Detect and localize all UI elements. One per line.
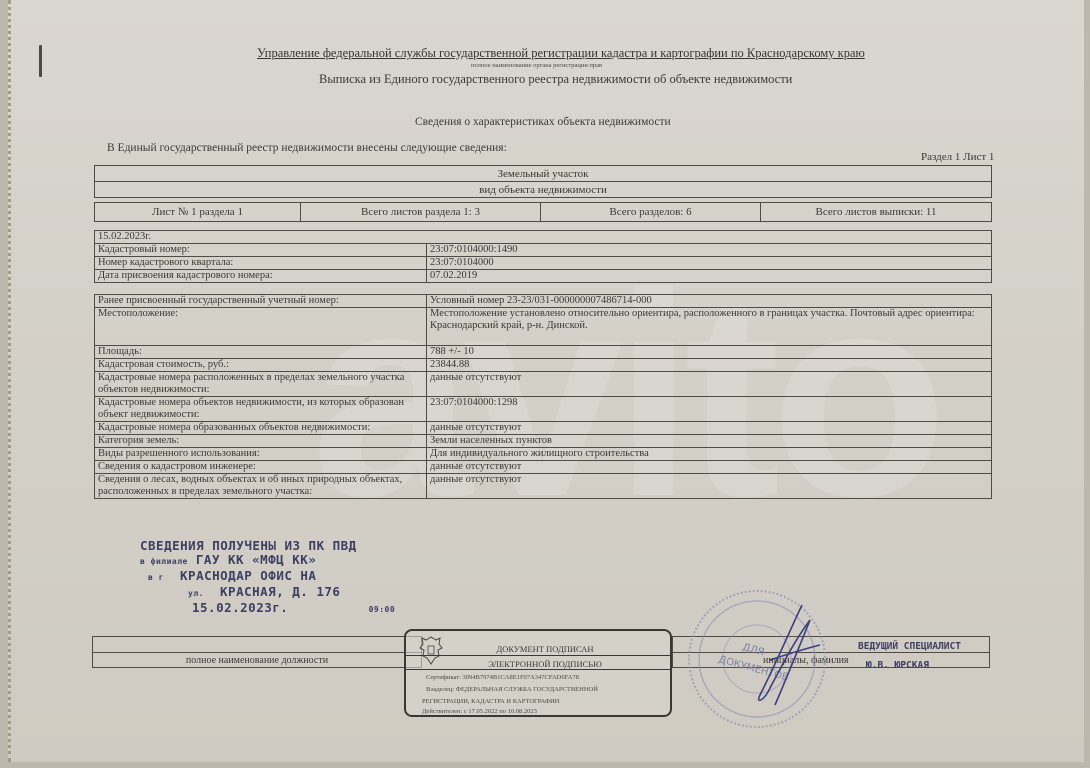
esig-owner-1: Владелец: ФЕДЕРАЛЬНАЯ СЛУЖБА ГОСУДАРСТВЕ…: [426, 686, 598, 693]
row-key: Местоположение:: [95, 308, 427, 346]
table-row: Дата присвоения кадастрового номера:07.0…: [95, 270, 992, 283]
binder-mark: [39, 45, 42, 77]
document-title: Выписка из Единого государственного реес…: [319, 72, 792, 87]
row-key: Дата присвоения кадастрового номера:: [95, 270, 427, 283]
table-row: Сведения о кадастровом инженере:данные о…: [95, 461, 992, 474]
object-type: Земельный участок: [95, 168, 991, 180]
row-value: 23:07:0104000:1298: [427, 397, 992, 422]
row-key: Кадастровые номера объектов недвижимости…: [95, 397, 427, 422]
row-key: Площадь:: [95, 346, 427, 359]
handwritten-signature-icon: [740, 600, 840, 710]
row-key: Ранее присвоенный государственный учетны…: [95, 295, 427, 308]
sheet-info-row: Лист № 1 раздела 1 Всего листов раздела …: [94, 202, 992, 222]
table-row: Площадь:788 +/- 10: [95, 346, 992, 359]
row-key: Кадастровые номера расположенных в преде…: [95, 372, 427, 397]
table-row: Кадастровый номер:23:07:0104000:1490: [95, 244, 992, 257]
signer-position: ВЕДУЩИЙ СПЕЦИАЛИСТ: [858, 641, 961, 652]
row-key: Сведения о лесах, водных объектах и об и…: [95, 474, 427, 499]
table-row: Кадастровые номера объектов недвижимости…: [95, 397, 992, 422]
row-value: 23:07:0104000: [427, 257, 992, 270]
table-row: Виды разрешенного использования:Для инди…: [95, 448, 992, 461]
row-value: данные отсутствуют: [427, 372, 992, 397]
table-row: Номер кадастрового квартала:23:07:010400…: [95, 257, 992, 270]
row-value: Условный номер 23-23/031-000000007486714…: [427, 295, 992, 308]
row-value: 23844.88: [427, 359, 992, 372]
sheets-total: Всего листов выписки: 11: [761, 203, 991, 221]
esig-owner-2: РЕГИСТРАЦИИ, КАДАСТРА И КАРТОГРАФИИ: [422, 698, 559, 705]
table-row: Сведения о лесах, водных объектах и об и…: [95, 474, 992, 499]
stamp-prefix: ул.: [188, 589, 204, 598]
row-key: Категория земель:: [95, 435, 427, 448]
row-value: данные отсутствуют: [427, 474, 992, 499]
table-row: Местоположение:Местоположение установлен…: [95, 308, 992, 346]
extract-date: 15.02.2023г.: [95, 231, 992, 244]
stamp-line-2: ГАУ КК «МФЦ КК»: [196, 552, 316, 567]
row-value: 07.02.2019: [427, 270, 992, 283]
organization-name: Управление федеральной службы государств…: [257, 46, 865, 61]
table-row: Кадастровые номера расположенных в преде…: [95, 372, 992, 397]
table-row: Категория земель:Земли населенных пункто…: [95, 435, 992, 448]
esig-title-2: ЭЛЕКТРОННОЙ ПОДПИСЬЮ: [406, 659, 670, 669]
position-caption: полное наименование должности: [93, 655, 421, 666]
row-value: Для индивидуального жилищного строительс…: [427, 448, 992, 461]
row-key: Номер кадастрового квартала:: [95, 257, 427, 270]
sheet-total-section: Всего листов раздела 1: 3: [301, 203, 541, 221]
electronic-signature-box: ДОКУМЕНТ ПОДПИСАН ЭЛЕКТРОННОЙ ПОДПИСЬЮ С…: [404, 629, 672, 717]
table-row: Кадастровая стоимость, руб.:23844.88: [95, 359, 992, 372]
stamp-prefix: в филиале: [140, 557, 188, 566]
row-value: данные отсутствуют: [427, 422, 992, 435]
intro-text: В Единый государственный реестр недвижим…: [107, 142, 507, 154]
object-type-box: Земельный участок вид объекта недвижимос…: [94, 165, 992, 198]
signer-name: Ю.В. ЮРСКАЯ: [866, 660, 929, 671]
stamp-time: 09:00: [369, 605, 396, 614]
stamp-line-4: КРАСНАЯ, Д. 176: [220, 584, 340, 599]
row-key: Сведения о кадастровом инженере:: [95, 461, 427, 474]
stamp-line-3: КРАСНОДАР ОФИС НА: [180, 568, 316, 583]
section-title: Сведения о характеристиках объекта недви…: [415, 116, 671, 128]
row-key: Кадастровый номер:: [95, 244, 427, 257]
stamp-line-1: СВЕДЕНИЯ ПОЛУЧЕНЫ ИЗ ПК ПВД: [140, 539, 395, 553]
details-table: Ранее присвоенный государственный учетны…: [94, 294, 992, 499]
row-value: Местоположение установлено относительно …: [427, 308, 992, 346]
row-value: Земли населенных пунктов: [427, 435, 992, 448]
section-sheet-label: Раздел 1 Лист 1: [921, 151, 994, 163]
row-value: данные отсутствуют: [427, 461, 992, 474]
organization-caption: полное наименование органа регистрации п…: [471, 62, 602, 69]
primary-info-table: 15.02.2023г. Кадастровый номер:23:07:010…: [94, 230, 992, 283]
row-value: 23:07:0104000:1490: [427, 244, 992, 257]
sections-total: Всего разделов: 6: [541, 203, 761, 221]
esig-title-1: ДОКУМЕНТ ПОДПИСАН: [406, 644, 670, 654]
mfc-stamp: СВЕДЕНИЯ ПОЛУЧЕНЫ ИЗ ПК ПВД в филиале ГА…: [140, 539, 395, 617]
table-row: Кадастровые номера образованных объектов…: [95, 422, 992, 435]
row-key: Кадастровая стоимость, руб.:: [95, 359, 427, 372]
stamp-prefix: в г: [148, 573, 164, 582]
table-row: Ранее присвоенный государственный учетны…: [95, 295, 992, 308]
stamp-date: 15.02.2023г.: [192, 600, 288, 615]
sheet-number: Лист № 1 раздела 1: [95, 203, 301, 221]
object-type-caption: вид объекта недвижимости: [95, 184, 991, 196]
row-value: 788 +/- 10: [427, 346, 992, 359]
esig-certificate: Сертификат: 3094B7974B1CA8E1F07A347CFAD6…: [426, 674, 579, 681]
row-key: Виды разрешенного использования:: [95, 448, 427, 461]
position-box: полное наименование должности: [92, 636, 422, 668]
row-key: Кадастровые номера образованных объектов…: [95, 422, 427, 435]
esig-validity: Действителен: с 17.05.2022 по 10.08.2023: [422, 708, 537, 715]
